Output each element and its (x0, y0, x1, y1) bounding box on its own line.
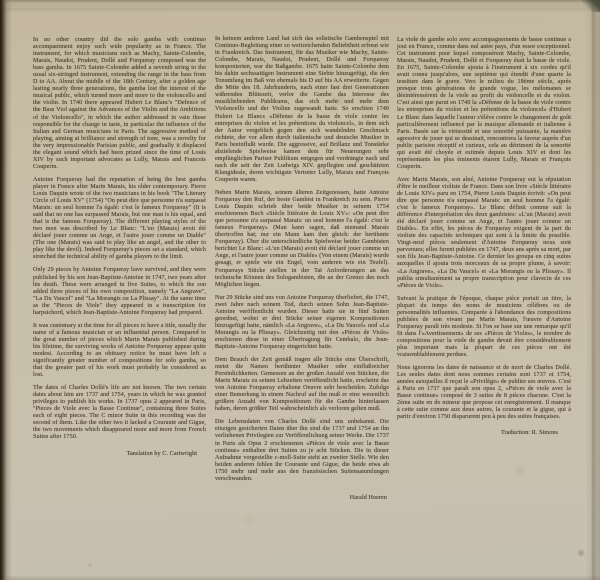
right-edge-shadow (585, 0, 600, 580)
top-edge-crease (0, 0, 600, 12)
column-german-notes: In keinem anderen Land hat sich das soli… (215, 36, 389, 502)
paragraph: Antoine Forqueray had the reputation of … (33, 177, 206, 262)
paragraph: La viole de gambe solo avec accompagneme… (397, 37, 571, 171)
paragraph: Suivant la pratique de l'époque, chaque … (397, 296, 571, 359)
paragraph: Die Lebensdaten von Charles Dollé sind u… (215, 419, 389, 482)
paragraph: It was customary at the time for all pie… (33, 323, 206, 379)
paragraph: Neben Marin Marais, seinem älteren Zeitg… (215, 190, 389, 289)
column-english-notes: In no other country did the solo gamba w… (33, 37, 206, 458)
column-french-notes: La viole de gambe solo avec accompagneme… (397, 37, 571, 437)
paragraph: In no other country did the solo gamba w… (33, 37, 206, 171)
album-back-cover-scan: In no other country did the solo gamba w… (0, 0, 600, 580)
paragraph: Dem Brauch der Zeit gemäß tragen alle St… (215, 357, 389, 413)
author-credit-german: Harald Hoeren (215, 495, 389, 502)
paragraph: Nous ignorons les dates de naissance et … (397, 365, 571, 421)
left-spine-edge (0, 0, 12, 580)
paragraph: Nur 29 Stücke sind uns von Antoine Forqu… (215, 295, 389, 351)
translator-credit-french: Traduction: R. Simons (397, 430, 571, 437)
paragraph: Only 29 pieces by Antoine Forqueray have… (33, 267, 206, 316)
top-right-corner-patch (582, 0, 600, 12)
translator-credit-english: Tanslation by C. Cartwright (33, 451, 206, 458)
paragraph: The dates of Charles Dollé's life are no… (33, 385, 206, 441)
paragraph: Avec Marin Marais, son aîné, Antoine For… (397, 177, 571, 290)
bottom-edge-shadow (0, 575, 600, 580)
paragraph: In keinem anderen Land hat sich das soli… (215, 36, 389, 184)
